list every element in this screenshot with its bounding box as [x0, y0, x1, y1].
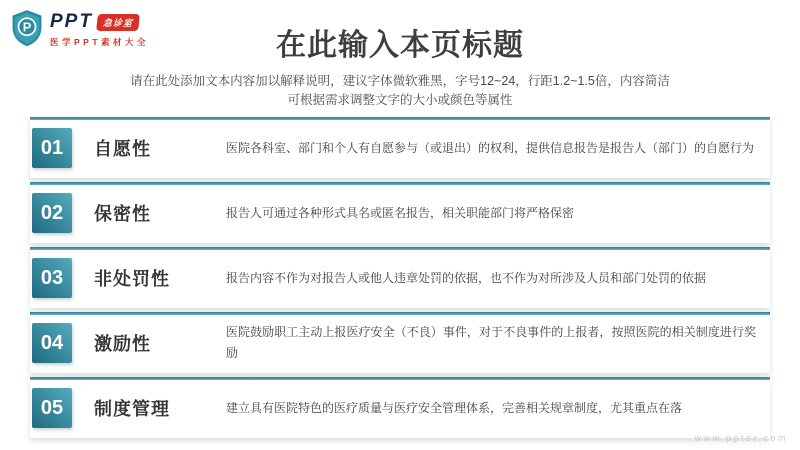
list-item: 01 自愿性 医院各科室、部门和个人有自愿参与（或退出）的权利，提供信息报告是报…: [30, 117, 770, 178]
card-body: 05 制度管理 建立具有医院特色的医疗质量与医疗安全管理体系，完善相关规章制度，…: [30, 380, 770, 438]
item-label: 自愿性: [72, 135, 194, 161]
card-body: 02 保密性 报告人可通过各种形式具名或匿名报告，相关职能部门将严格保密: [30, 185, 770, 243]
item-number-badge: 02: [32, 193, 72, 233]
card-body: 04 激励性 医院鼓励职工主动上报医疗安全（不良）事件，对于不良事件的上报者，按…: [30, 315, 770, 373]
item-number-badge: 05: [32, 388, 72, 428]
list-item: 02 保密性 报告人可通过各种形式具名或匿名报告，相关职能部门将严格保密: [30, 182, 770, 243]
brand-badge: 急诊室: [96, 14, 140, 31]
watermark-url: www.ppter.com: [694, 433, 788, 443]
item-number-badge: 04: [32, 323, 72, 363]
card-body: 01 自愿性 医院各科室、部门和个人有自愿参与（或退出）的权利，提供信息报告是报…: [30, 120, 770, 178]
svg-text:P: P: [23, 19, 32, 34]
item-description: 报告内容不作为对报告人或他人违章处罚的依据，也不作为对所涉及人员和部门处罚的依据: [194, 268, 756, 289]
brand-tagline: 医学PPT素材大全: [50, 36, 149, 48]
item-description: 报告人可通过各种形式具名或匿名报告，相关职能部门将严格保密: [194, 203, 756, 224]
item-label: 非处罚性: [72, 265, 194, 291]
item-description: 医院各科室、部门和个人有自愿参与（或退出）的权利，提供信息报告是报告人（部门）的…: [194, 138, 756, 159]
item-label: 保密性: [72, 200, 194, 226]
page-subtitle: 请在此处添加文本内容加以解释说明，建议字体微软雅黑，字号12~24，行距1.2~…: [0, 72, 800, 111]
item-label: 激励性: [72, 330, 194, 356]
shield-icon: P: [10, 9, 44, 47]
item-number-badge: 03: [32, 258, 72, 298]
subtitle-line-2: 可根据需求调整文字的大小或颜色等属性: [0, 91, 800, 110]
list-item: 04 激励性 医院鼓励职工主动上报医疗安全（不良）事件，对于不良事件的上报者，按…: [30, 312, 770, 373]
item-description: 医院鼓励职工主动上报医疗安全（不良）事件，对于不良事件的上报者，按照医院的相关制…: [194, 322, 756, 364]
brand-name: PPT: [50, 11, 93, 33]
item-label: 制度管理: [72, 395, 194, 421]
card-body: 03 非处罚性 报告内容不作为对报告人或他人违章处罚的依据，也不作为对所涉及人员…: [30, 250, 770, 308]
list-item: 05 制度管理 建立具有医院特色的医疗质量与医疗安全管理体系，完善相关规章制度，…: [30, 377, 770, 438]
item-number-badge: 01: [32, 128, 72, 168]
principle-list: 01 自愿性 医院各科室、部门和个人有自愿参与（或退出）的权利，提供信息报告是报…: [30, 117, 770, 438]
brand-logo: P PPT 急诊室 医学PPT素材大全: [10, 9, 149, 48]
item-description: 建立具有医院特色的医疗质量与医疗安全管理体系，完善相关规章制度，尤其重点在落: [194, 398, 756, 419]
list-item: 03 非处罚性 报告内容不作为对报告人或他人违章处罚的依据，也不作为对所涉及人员…: [30, 247, 770, 308]
subtitle-line-1: 请在此处添加文本内容加以解释说明，建议字体微软雅黑，字号12~24，行距1.2~…: [0, 72, 800, 91]
